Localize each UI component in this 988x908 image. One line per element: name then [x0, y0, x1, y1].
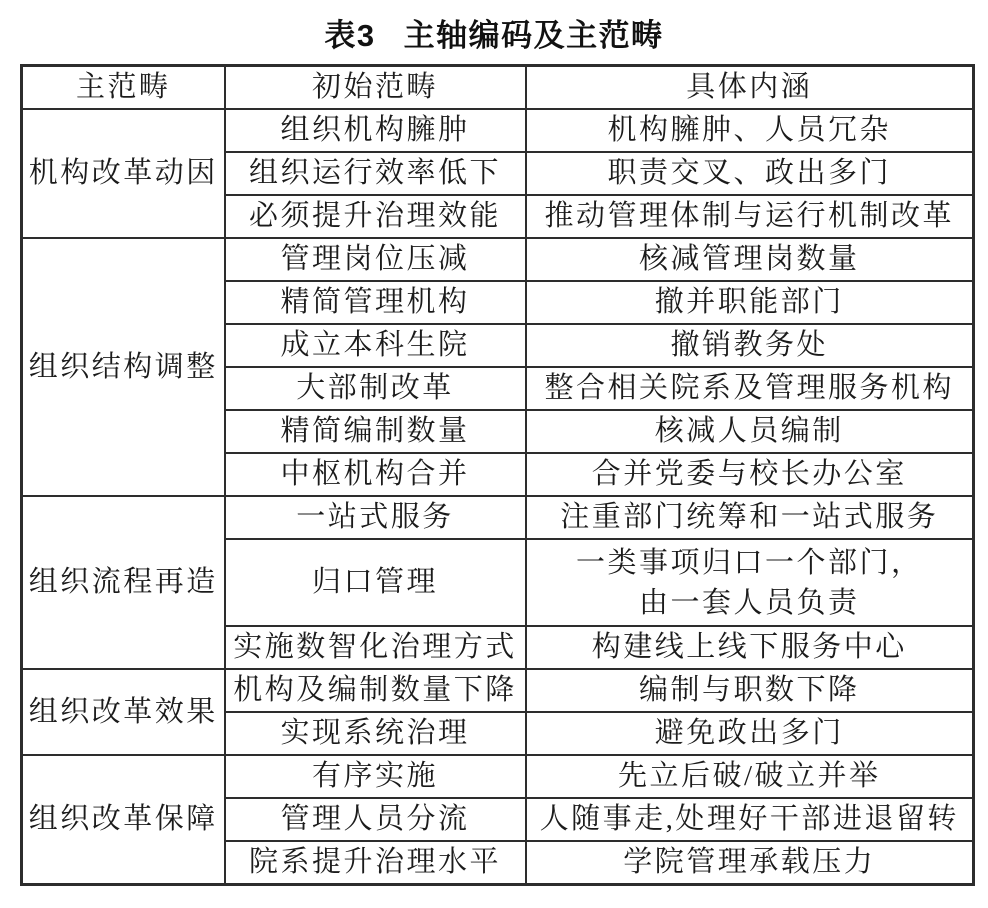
table-row: 组织结构调整 管理岗位压减 核减管理岗数量	[22, 238, 974, 281]
main-category-cell: 机构改革动因	[22, 109, 225, 238]
initial-category-cell: 组织机构臃肿	[225, 109, 526, 152]
main-category-cell: 组织流程再造	[22, 496, 225, 669]
initial-category-cell: 精简编制数量	[225, 410, 526, 453]
connotation-cell: 核减管理岗数量	[526, 238, 974, 281]
initial-category-cell: 管理人员分流	[225, 798, 526, 841]
connotation-cell: 注重部门统筹和一站式服务	[526, 496, 974, 539]
connotation-cell: 构建线上线下服务中心	[526, 626, 974, 669]
initial-category-cell: 中枢机构合并	[225, 453, 526, 496]
table-row: 组织改革效果 机构及编制数量下降 编制与职数下降	[22, 669, 974, 712]
header-connotation: 具体内涵	[526, 66, 974, 110]
connotation-cell: 推动管理体制与运行机制改革	[526, 195, 974, 238]
initial-category-cell: 一站式服务	[225, 496, 526, 539]
connotation-cell: 人随事走,处理好干部进退留转	[526, 798, 974, 841]
initial-category-cell: 实现系统治理	[225, 712, 526, 755]
page: 表3主轴编码及主范畴 主范畴 初始范畴 具体内涵 机构改革动因 组织机构臃肿 机…	[0, 0, 988, 908]
connotation-cell: 整合相关院系及管理服务机构	[526, 367, 974, 410]
table-title: 表3主轴编码及主范畴	[0, 10, 988, 55]
initial-category-cell: 必须提升治理效能	[225, 195, 526, 238]
initial-category-cell: 精简管理机构	[225, 281, 526, 324]
connotation-cell: 学院管理承载压力	[526, 841, 974, 885]
main-category-cell: 组织改革保障	[22, 755, 225, 885]
connotation-cell: 撤销教务处	[526, 324, 974, 367]
connotation-cell: 机构臃肿、人员冗杂	[526, 109, 974, 152]
main-category-cell: 组织结构调整	[22, 238, 225, 496]
initial-category-cell: 管理岗位压减	[225, 238, 526, 281]
axial-coding-table: 主范畴 初始范畴 具体内涵 机构改革动因 组织机构臃肿 机构臃肿、人员冗杂 组织…	[20, 64, 975, 886]
connotation-cell: 编制与职数下降	[526, 669, 974, 712]
connotation-cell: 撤并职能部门	[526, 281, 974, 324]
initial-category-cell: 机构及编制数量下降	[225, 669, 526, 712]
initial-category-cell: 归口管理	[225, 539, 526, 626]
table-row: 机构改革动因 组织机构臃肿 机构臃肿、人员冗杂	[22, 109, 974, 152]
table-title-text: 主轴编码及主范畴	[404, 18, 664, 53]
table-row: 组织改革保障 有序实施 先立后破/破立并举	[22, 755, 974, 798]
main-category-cell: 组织改革效果	[22, 669, 225, 755]
table-number-label: 表3	[324, 18, 375, 53]
connotation-cell: 核减人员编制	[526, 410, 974, 453]
table-row: 组织流程再造 一站式服务 注重部门统筹和一站式服务	[22, 496, 974, 539]
header-main-category: 主范畴	[22, 66, 225, 110]
header-row: 主范畴 初始范畴 具体内涵	[22, 66, 974, 110]
initial-category-cell: 实施数智化治理方式	[225, 626, 526, 669]
initial-category-cell: 组织运行效率低下	[225, 152, 526, 195]
connotation-cell: 一类事项归口一个部门， 由一套人员负责	[526, 539, 974, 626]
initial-category-cell: 院系提升治理水平	[225, 841, 526, 885]
connotation-cell: 避免政出多门	[526, 712, 974, 755]
connotation-cell: 职责交叉、政出多门	[526, 152, 974, 195]
connotation-cell: 合并党委与校长办公室	[526, 453, 974, 496]
initial-category-cell: 大部制改革	[225, 367, 526, 410]
header-initial-category: 初始范畴	[225, 66, 526, 110]
connotation-cell: 先立后破/破立并举	[526, 755, 974, 798]
initial-category-cell: 有序实施	[225, 755, 526, 798]
initial-category-cell: 成立本科生院	[225, 324, 526, 367]
